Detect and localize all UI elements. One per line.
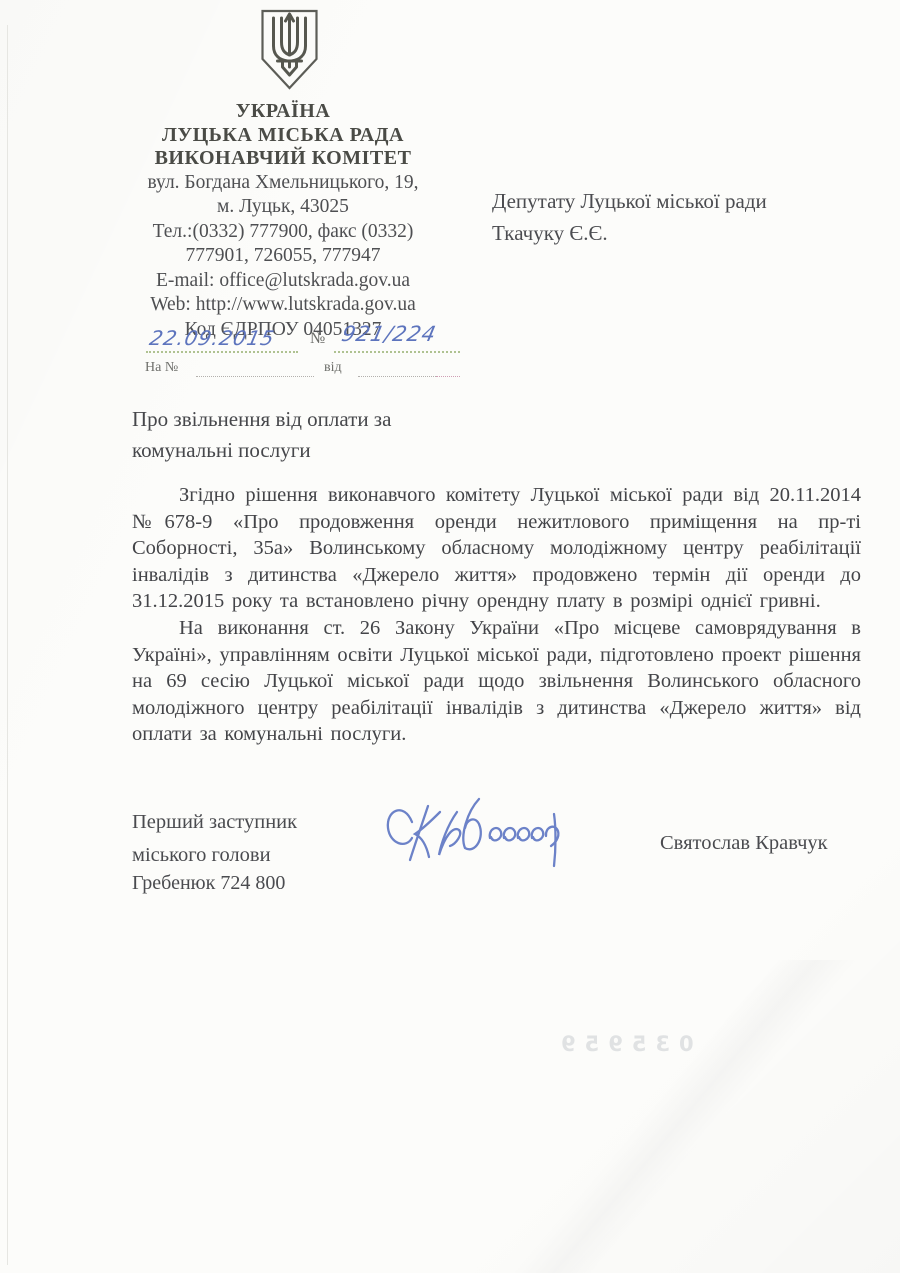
org-name-line1: ЛУЦЬКА МІСЬКА РАДА	[97, 124, 469, 148]
signer-title-line2: міського голови	[132, 839, 297, 872]
phone-line2: 777901, 726055, 777947	[97, 244, 469, 269]
subject-line1: Про звільнення від оплати за	[132, 404, 391, 435]
executor-contact: Гребенюк 724 800	[132, 872, 285, 895]
reply-from-dotted-line	[358, 376, 436, 377]
paper-crease-artifact	[470, 960, 900, 1273]
letterhead: УКРАЇНА ЛУЦЬКА МІСЬКА РАДА ВИКОНАВЧИЙ КО…	[97, 100, 469, 343]
reply-from-label: від	[324, 360, 342, 376]
date-dotted-line	[146, 351, 298, 353]
country-name: УКРАЇНА	[97, 100, 469, 124]
handwritten-outgoing-number: 921/224	[339, 322, 438, 346]
ukraine-trident-icon	[256, 8, 323, 92]
number-dotted-line	[334, 351, 460, 353]
letter-body: Згідно рішення виконавчого комітету Луць…	[132, 482, 861, 748]
subject-line2: комунальні послуги	[132, 435, 391, 466]
web-line: Web: http://www.lutskrada.gov.ua	[97, 293, 469, 318]
recipient-line1: Депутату Луцької міської ради	[492, 185, 767, 217]
recipient-block: Депутату Луцької міської ради Ткачуку Є.…	[492, 185, 767, 249]
scanned-letter-sheet: УКРАЇНА ЛУЦЬКА МІСЬКА РАДА ВИКОНАВЧИЙ КО…	[0, 0, 900, 1273]
address-line2: м. Луцьк, 43025	[97, 195, 469, 220]
body-paragraph-2: На виконання ст. 26 Закону України «Про …	[132, 615, 861, 748]
recipient-line2: Ткачуку Є.Є.	[492, 217, 767, 249]
signer-title-line1: Перший заступник	[132, 806, 297, 839]
reply-number-label: На №	[145, 360, 178, 376]
body-paragraph-1: Згідно рішення виконавчого комітету Луць…	[132, 482, 861, 615]
email-line: E-mail: office@lutskrada.gov.ua	[97, 269, 469, 294]
address-line1: вул. Богдана Хмельницького, 19,	[97, 171, 469, 196]
subject-block: Про звільнення від оплати за комунальні …	[132, 404, 391, 466]
phone-line1: Тел.:(0332) 777900, факс (0332)	[97, 220, 469, 245]
scan-edge-artifact	[7, 25, 8, 1265]
reply-from-dotted-line-end	[436, 376, 460, 377]
bleed-through-number: 035959	[552, 1032, 694, 1056]
handwritten-signature	[382, 786, 582, 878]
handwritten-date: 22.09.2015	[147, 326, 277, 350]
signer-title-block: Перший заступник міського голови	[132, 806, 297, 872]
signer-name: Святослав Кравчук	[660, 832, 828, 855]
number-sign: №	[310, 330, 325, 348]
org-name-line2: ВИКОНАВЧИЙ КОМІТЕТ	[97, 147, 469, 171]
reply-number-dotted-line	[196, 376, 314, 377]
